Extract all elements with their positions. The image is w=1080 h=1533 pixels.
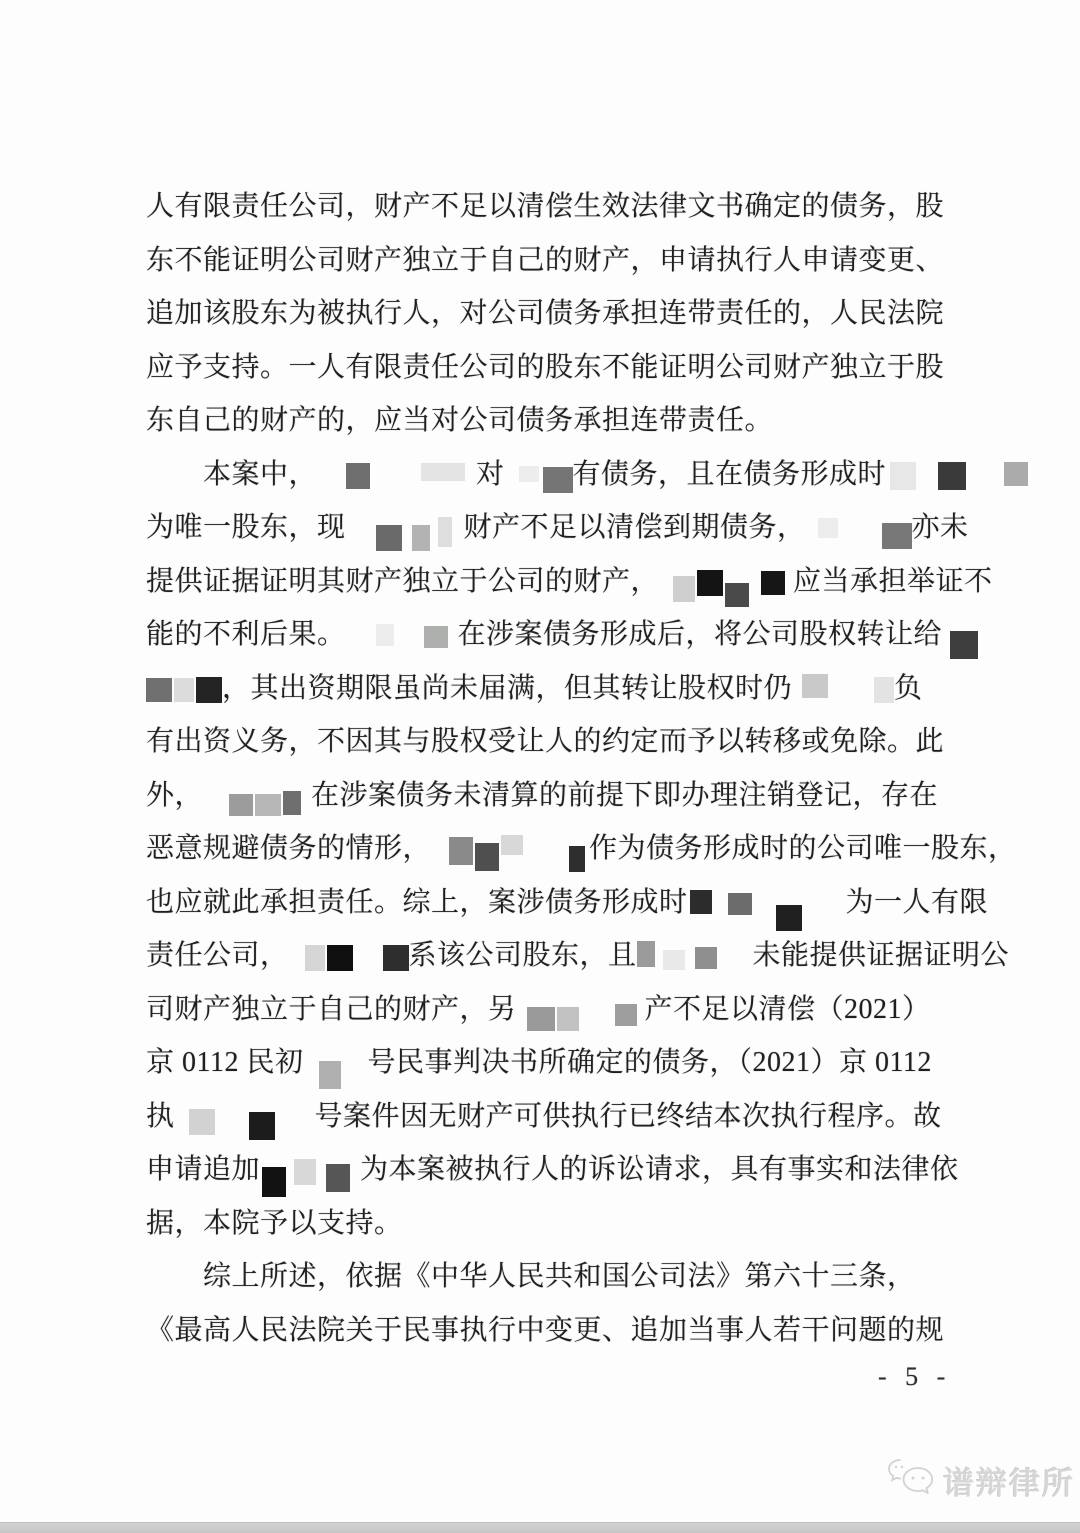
line-text: 应予支持。一人有限责任公司的股东不能证明公司财产独立于股 [146, 352, 944, 383]
line-text: 有出资义务，不因其与股权受让人的约定而予以转移或免除。此 [146, 726, 944, 757]
redaction-block [690, 890, 712, 914]
line-text: 负 [894, 673, 923, 704]
redaction-block [376, 525, 402, 551]
text-line: 据，本院予以支持。 [146, 1197, 1006, 1251]
text-line: 也应就此承担责任。综上，案涉债务形成时为一人有限 [146, 876, 1006, 930]
line-text: 《最高人民法院关于民事执行中变更、追加当事人若干问题的规 [146, 1315, 944, 1346]
line-text: 应当承担举证不 [793, 566, 993, 597]
line-text: 也应就此承担责任。综上，案涉债务形成时 [146, 887, 688, 918]
redaction-gap [785, 589, 793, 590]
redaction-block [882, 523, 912, 549]
redaction-block [249, 1112, 275, 1140]
text-line: ，其出资期限虽尚未届满，但其转让股权时仍负 [146, 662, 1006, 716]
redaction-block [283, 791, 301, 815]
redaction-block [615, 1004, 637, 1026]
text-line: 《最高人民法院关于民事执行中变更、追加当事人若干问题的规 [146, 1304, 1006, 1358]
line-text: 为本案被执行人的诉讼请求，具有事实和法律依 [360, 1154, 959, 1185]
line-text: 为一人有限 [846, 887, 989, 918]
redaction-block [874, 677, 894, 703]
redaction-block [673, 576, 695, 602]
redaction-gap [465, 482, 476, 483]
redaction-block [501, 835, 523, 855]
text-line: 外，在涉案债务未清算的前提下即办理注销登记，存在 [146, 769, 1006, 823]
watermark: 谱辩律所 [886, 1456, 1075, 1505]
redaction-gap [341, 1070, 367, 1071]
page-number: - 5 - [878, 1362, 951, 1392]
redaction-block [519, 466, 539, 482]
redaction-block [346, 463, 370, 489]
redaction-gap [637, 1017, 645, 1018]
line-text: 在涉案债务形成后，将公司股权转让给 [458, 619, 943, 650]
text-line: 提供证据证明其财产独立于公司的财产，应当承担举证不 [146, 555, 1006, 609]
text-line: 申请追加为本案被执行人的诉讼请求，具有事实和法律依 [146, 1143, 1006, 1197]
redaction-block [421, 463, 465, 481]
line-text: 号民事判决书所确定的债务，（2021）京 0112 [367, 1047, 931, 1078]
line-text: 本案中， [203, 459, 317, 490]
redaction-block [412, 525, 430, 551]
redaction-block [326, 1164, 350, 1192]
text-line: 司财产独立于自己的财产，另产不足以清偿（2021） [146, 983, 1006, 1037]
redaction-block [1004, 462, 1028, 486]
redaction-block [728, 893, 752, 915]
text-line: 综上所述，依据《中华人民共和国公司法》第六十三条， [146, 1250, 1006, 1304]
line-text: 产不足以清偿（2021） [645, 994, 931, 1025]
redaction-block [438, 517, 452, 547]
text-line: 能的不利后果。在涉案债务形成后，将公司股权转让给 [146, 608, 1006, 662]
line-text: 号案件因无财产可供执行已终结本次执行程序。故 [315, 1101, 942, 1132]
line-text: 责任公司， [146, 940, 289, 971]
redaction-block [255, 794, 281, 816]
text-line: 本案中，对有债务，且在债务形成时 [146, 448, 1006, 502]
watermark-label: 谱辩律所 [943, 1458, 1075, 1503]
redaction-gap [448, 642, 458, 643]
line-text: 未能提供证据证明公 [753, 940, 1010, 971]
redaction-block [725, 583, 749, 607]
scan-edge-strip [0, 1522, 1080, 1533]
line-text: 申请追加 [146, 1154, 260, 1185]
document-page: 人有限责任公司，财产不足以清偿生效法律文书确定的债务，股东不能证明公司财产独立于… [0, 0, 1080, 1533]
line-text: 综上所述，依据《中华人民共和国公司法》第六十三条， [203, 1261, 916, 1292]
redaction-block [424, 626, 448, 648]
redaction-block [319, 1061, 341, 1089]
redaction-block [146, 678, 172, 702]
line-text: 作为债务形成时的公司唯一股东， [589, 833, 1017, 864]
redaction-block [776, 905, 802, 931]
redaction-block [637, 941, 655, 967]
redaction-block [697, 570, 723, 596]
text-line: 东不能证明公司财产独立于自己的财产，申请执行人申请变更、 [146, 234, 1006, 288]
text-line: 东自己的财产的，应当对公司债务承担连带责任。 [146, 394, 1006, 448]
line-text: 有债务，且在债务形成时 [573, 459, 887, 490]
redaction-block [890, 462, 916, 490]
document-text: 人有限责任公司，财产不足以清偿生效法律文书确定的债务，股东不能证明公司财产独立于… [146, 180, 1006, 1357]
redaction-block [543, 467, 573, 493]
line-text: 追加该股东为被执行人，对公司债务承担连带责任的，人民法院 [146, 298, 944, 329]
redaction-block [527, 1007, 555, 1031]
redaction-block [663, 950, 685, 970]
redaction-gap [717, 963, 753, 964]
redaction-gap [301, 803, 311, 804]
redaction-block [475, 843, 499, 871]
redaction-block [196, 677, 222, 703]
line-text: 财产不足以清偿到期债务， [464, 512, 806, 543]
text-line: 有出资义务，不因其与股权受让人的约定而予以转移或免除。此 [146, 715, 1006, 769]
text-line: 执号案件因无财产可供执行已终结本次执行程序。故 [146, 1090, 1006, 1144]
line-text: 提供证据证明其财产独立于公司的财产， [146, 566, 659, 597]
redaction-block [294, 1159, 316, 1185]
redaction-block [938, 462, 966, 490]
line-text: 东不能证明公司财产独立于自己的财产，申请执行人申请变更、 [146, 245, 944, 276]
line-text: 在涉案债务未清算的前提下即办理注销登记，存在 [311, 780, 938, 811]
redaction-gap [275, 1124, 315, 1125]
line-text: 东自己的财产的，应当对公司债务承担连带责任。 [146, 405, 773, 436]
text-line: 为唯一股东，现财产不足以清偿到期债务，亦未 [146, 501, 1006, 555]
redaction-block [569, 846, 585, 872]
text-line: 恶意规避债务的情形，作为债务形成时的公司唯一股东， [146, 822, 1006, 876]
line-text: 京 0112 民初 [146, 1047, 303, 1078]
redaction-block [174, 678, 194, 702]
redaction-block [376, 624, 394, 646]
redaction-block [449, 837, 473, 865]
line-text: 系该公司股东，且 [409, 940, 637, 971]
text-line: 应予支持。一人有限责任公司的股东不能证明公司财产独立于股 [146, 341, 1006, 395]
text-line: 追加该股东为被执行人，对公司债务承担连带责任的，人民法院 [146, 287, 1006, 341]
redaction-block [262, 1167, 286, 1197]
line-text: 据，本院予以支持。 [146, 1208, 403, 1239]
redaction-block [802, 674, 828, 698]
redaction-block [761, 571, 785, 595]
text-line: 京 0112 民初号民事判决书所确定的债务，（2021）京 0112 [146, 1036, 1006, 1090]
redaction-gap [802, 910, 846, 911]
redaction-gap [452, 535, 464, 536]
redaction-block [189, 1109, 215, 1135]
redaction-block [818, 518, 838, 538]
redaction-gap [350, 1177, 360, 1178]
redaction-block [305, 945, 325, 971]
line-text: 能的不利后果。 [146, 619, 346, 650]
line-text: 司财产独立于自己的财产，另 [146, 994, 517, 1025]
redaction-block [383, 945, 409, 971]
line-text: 人有限责任公司，财产不足以清偿生效法律文书确定的债务，股 [146, 191, 944, 222]
redaction-block [327, 945, 353, 971]
wechat-icon [886, 1456, 936, 1505]
text-line: 责任公司，系该公司股东，且未能提供证据证明公 [146, 929, 1006, 983]
redaction-block [229, 794, 253, 816]
line-text: 对 [476, 459, 505, 490]
line-text: 恶意规避债务的情形， [146, 833, 431, 864]
redaction-block [695, 947, 717, 969]
line-text: ，其出资期限虽尚未届满，但其转让股权时仍 [222, 673, 792, 704]
redaction-block [950, 631, 978, 659]
text-line: 人有限责任公司，财产不足以清偿生效法律文书确定的债务，股 [146, 180, 1006, 234]
redaction-block [557, 1007, 579, 1031]
line-text: 为唯一股东，现 [146, 512, 346, 543]
line-text: 执 [146, 1101, 175, 1132]
line-text: 亦未 [912, 512, 969, 543]
line-text: 外， [146, 780, 203, 811]
